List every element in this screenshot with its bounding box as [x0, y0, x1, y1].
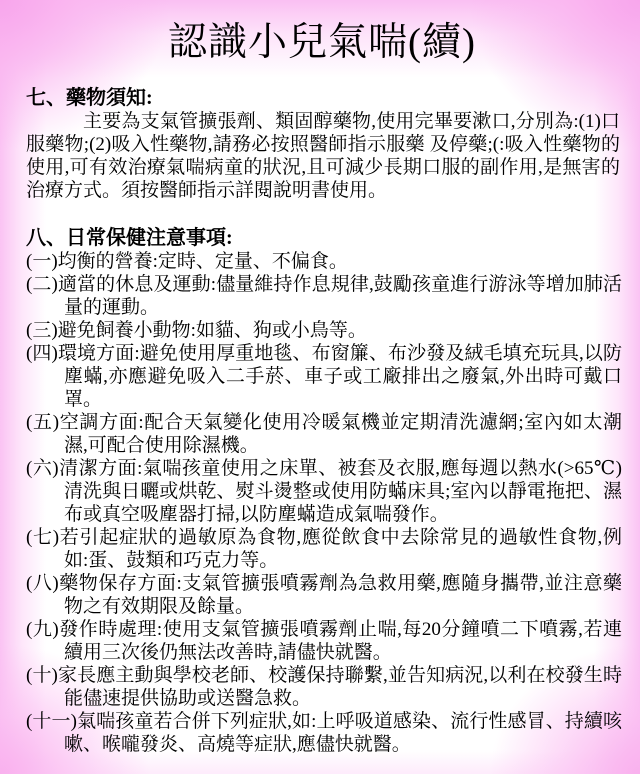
- daily-care-list: (一)均衡的營養:定時、定量、不偏食。 (二)適當的休息及運動:儘量維持作息規律…: [26, 250, 622, 756]
- list-item: (八)藥物保存方面:支氣管擴張噴霧劑為急救用藥,應隨身攜帶,並注意藥物之有效期限…: [26, 572, 622, 618]
- item-label: (十一): [26, 711, 77, 732]
- item-label: (十): [26, 665, 58, 686]
- item-text: 避免飼養小動物:如貓、狗或小鳥等。: [58, 320, 367, 341]
- item-text: 清潔方面:氣喘孩童使用之床單、被套及衣服,應每週以熱水(>65℃)清洗與日曬或烘…: [59, 458, 622, 525]
- section-heading-daily-care: 八、日常保健注意事項:: [26, 226, 618, 250]
- item-text: 若引起症狀的過敏原為食物,應從飲食中去除常見的過敏性食物,例如:蛋、鼓類和巧克力…: [59, 527, 622, 571]
- item-text: 均衡的營養:定時、定量、不偏食。: [58, 251, 348, 272]
- item-text: 氣喘孩童若合併下列症狀,如:上呼吸道感染、流行性感冒、持續咳嗽、喉嚨發炎、高燒等…: [64, 711, 622, 755]
- list-item: (九)發作時處理:使用支氣管擴張噴霧劑止喘,每20分鐘噴二下噴霧,若連續用三次後…: [26, 618, 622, 664]
- list-item: (六)清潔方面:氣喘孩童使用之床單、被套及衣服,應每週以熱水(>65℃)清洗與日…: [26, 457, 622, 526]
- item-text: 發作時處理:使用支氣管擴張噴霧劑止喘,每20分鐘噴二下噴霧,若連續用三次後仍無法…: [59, 619, 622, 663]
- document-page: 認識小兒氣喘(續) 七、藥物須知: 主要為支氣管擴張劑、類固醇藥物,使用完畢要漱…: [0, 0, 640, 774]
- list-item: (四)環境方面:避免使用厚重地毯、布窗簾、布沙發及絨毛填充玩具,以防塵蟎,亦應避…: [26, 342, 622, 411]
- list-item: (十)家長應主動與學校老師、校護保持聯繫,並告知病況,以利在校發生時能儘速提供協…: [26, 664, 622, 710]
- section-heading-medication: 七、藥物須知:: [26, 86, 618, 110]
- item-text: 藥物保存方面:支氣管擴張噴霧劑為急救用藥,應隨身攜帶,並注意藥物之有效期限及餘量…: [59, 573, 622, 617]
- item-text: 環境方面:避免使用厚重地毯、布窗簾、布沙發及絨毛填充玩具,以防塵蟎,亦應避免吸入…: [58, 343, 622, 410]
- item-label: (四): [26, 343, 58, 364]
- item-label: (九): [26, 619, 59, 640]
- item-label: (二): [26, 274, 58, 295]
- item-label: (八): [26, 573, 59, 594]
- page-title: 認識小兒氣喘(續): [26, 16, 618, 70]
- medication-paragraph: 主要為支氣管擴張劑、類固醇藥物,使用完畢要漱口,分別為:(1)口服藥物;(2)吸…: [26, 110, 620, 202]
- list-item: (一)均衡的營養:定時、定量、不偏食。: [26, 250, 622, 273]
- list-item: (七)若引起症狀的過敏原為食物,應從飲食中去除常見的過敏性食物,例如:蛋、鼓類和…: [26, 526, 622, 572]
- list-item: (十一)氣喘孩童若合併下列症狀,如:上呼吸道感染、流行性感冒、持續咳嗽、喉嚨發炎…: [26, 710, 622, 756]
- item-text: 適當的休息及運動:儘量維持作息規律,鼓勵孩童進行游泳等增加肺活量的運動。: [58, 274, 622, 318]
- document-content: 認識小兒氣喘(續) 七、藥物須知: 主要為支氣管擴張劑、類固醇藥物,使用完畢要漱…: [0, 0, 640, 756]
- item-label: (一): [26, 251, 58, 272]
- list-item: (三)避免飼養小動物:如貓、狗或小鳥等。: [26, 319, 622, 342]
- item-label: (三): [26, 320, 58, 341]
- item-label: (七): [26, 527, 59, 548]
- item-text: 家長應主動與學校老師、校護保持聯繫,並告知病況,以利在校發生時能儘速提供協助或送…: [58, 665, 622, 709]
- list-item: (二)適當的休息及運動:儘量維持作息規律,鼓勵孩童進行游泳等增加肺活量的運動。: [26, 273, 622, 319]
- item-text: 空調方面:配合天氣變化使用冷暖氣機並定期清洗濾網;室內如太潮濕,可配合使用除濕機…: [59, 412, 622, 456]
- list-item: (五)空調方面:配合天氣變化使用冷暖氣機並定期清洗濾網;室內如太潮濕,可配合使用…: [26, 411, 622, 457]
- item-label: (六): [26, 458, 59, 479]
- item-label: (五): [26, 412, 59, 433]
